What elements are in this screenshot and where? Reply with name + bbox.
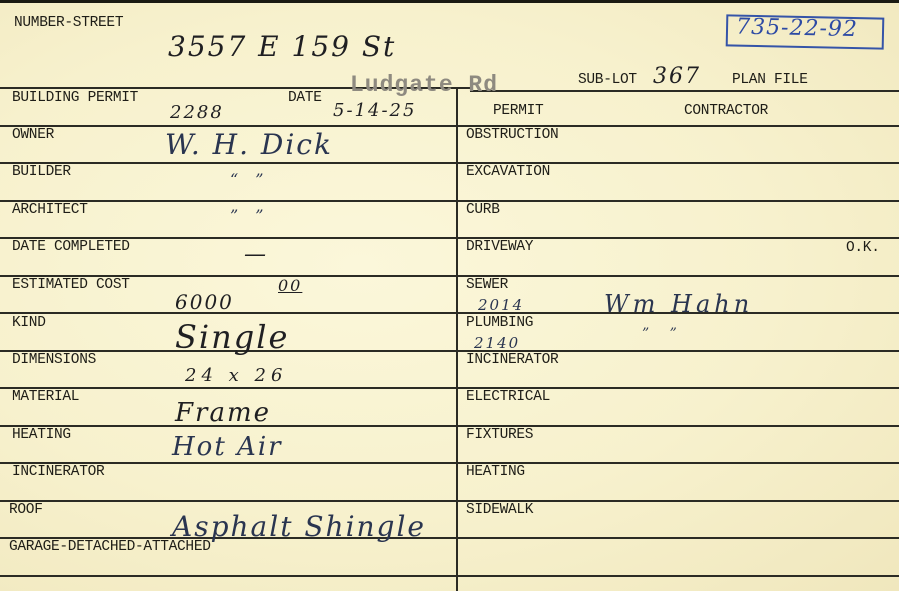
excavation-label: EXCAVATION bbox=[466, 164, 550, 180]
electrical-label: ELECTRICAL bbox=[466, 389, 550, 405]
sewer-permit-number: 2014 bbox=[478, 296, 524, 314]
rule-line bbox=[0, 500, 899, 502]
plumbing-permit-number: 2140 bbox=[474, 334, 520, 352]
estimated-cost-value: 6000 bbox=[175, 290, 234, 314]
kind-value: Single bbox=[175, 318, 289, 356]
builder-label: BUILDER bbox=[12, 164, 71, 180]
incinerator-permit-label: INCINERATOR bbox=[466, 352, 558, 368]
rule-line bbox=[0, 575, 899, 577]
architect-value: ” ” bbox=[230, 206, 269, 225]
rule-line bbox=[0, 125, 899, 127]
heating-label: HEATING bbox=[12, 427, 71, 443]
roof-value: Asphalt Shingle bbox=[172, 510, 426, 543]
heating-value: Hot Air bbox=[172, 432, 283, 462]
rule-line bbox=[0, 275, 899, 277]
estimated-cost-cents: 00 bbox=[278, 276, 302, 295]
rule-line bbox=[0, 425, 899, 427]
building-permit-label: BUILDING PERMIT bbox=[12, 90, 138, 106]
rule-line bbox=[0, 350, 899, 352]
owner-label: OWNER bbox=[12, 127, 54, 143]
permit-column-header: PERMIT bbox=[493, 103, 543, 119]
kind-label: KIND bbox=[12, 315, 46, 331]
incinerator-label: INCINERATOR bbox=[12, 464, 104, 480]
rule-line bbox=[0, 312, 899, 314]
number-street-label: NUMBER-STREET bbox=[14, 15, 123, 31]
plan-file-label: PLAN FILE bbox=[732, 72, 808, 88]
obstruction-label: OBSTRUCTION bbox=[466, 127, 558, 143]
date-label: DATE bbox=[288, 90, 322, 106]
sub-lot-label: SUB-LOT bbox=[578, 72, 637, 88]
sewer-contractor: Wm Hahn bbox=[604, 290, 753, 318]
column-divider bbox=[456, 88, 458, 591]
curb-label: CURB bbox=[466, 202, 500, 218]
rule-line bbox=[0, 462, 899, 464]
builder-value: “ ” bbox=[230, 170, 269, 189]
dimensions-value: 24 x 26 bbox=[185, 365, 287, 386]
rule-line bbox=[0, 162, 899, 164]
sewer-label: SEWER bbox=[466, 277, 508, 293]
sub-lot-value: 367 bbox=[653, 64, 701, 89]
roof-label: ROOF bbox=[9, 502, 43, 518]
architect-label: ARCHITECT bbox=[12, 202, 88, 218]
file-number: 735-22-92 bbox=[736, 15, 858, 43]
heating-permit-label: HEATING bbox=[466, 464, 525, 480]
driveway-note: O.K. bbox=[846, 240, 880, 256]
rule-line bbox=[0, 200, 899, 202]
file-number-box: 735-22-92 bbox=[726, 14, 885, 49]
address-handwritten: 3557 E 159 St bbox=[168, 30, 396, 63]
dimensions-label: DIMENSIONS bbox=[12, 352, 96, 368]
material-value: Frame bbox=[175, 398, 271, 428]
building-permit-card: NUMBER-STREET 3557 E 159 St Ludgate Rd 7… bbox=[0, 0, 899, 591]
contractor-column-header: CONTRACTOR bbox=[684, 103, 768, 119]
sidewalk-label: SIDEWALK bbox=[466, 502, 533, 518]
date-completed-value: — bbox=[244, 242, 268, 267]
plumbing-label: PLUMBING bbox=[466, 315, 533, 331]
fixtures-label: FIXTURES bbox=[466, 427, 533, 443]
plumbing-contractor: ” ” bbox=[642, 326, 685, 342]
material-label: MATERIAL bbox=[12, 389, 79, 405]
building-permit-value: 2288 bbox=[170, 102, 224, 123]
driveway-label: DRIVEWAY bbox=[466, 239, 533, 255]
rule-line bbox=[470, 90, 899, 92]
owner-value: W. H. Dick bbox=[165, 128, 333, 161]
estimated-cost-label: ESTIMATED COST bbox=[12, 277, 130, 293]
date-value: 5-14-25 bbox=[333, 100, 416, 121]
rule-line bbox=[0, 387, 899, 389]
address-stamp: Ludgate Rd bbox=[350, 72, 498, 98]
date-completed-label: DATE COMPLETED bbox=[12, 239, 130, 255]
rule-line bbox=[0, 237, 899, 239]
